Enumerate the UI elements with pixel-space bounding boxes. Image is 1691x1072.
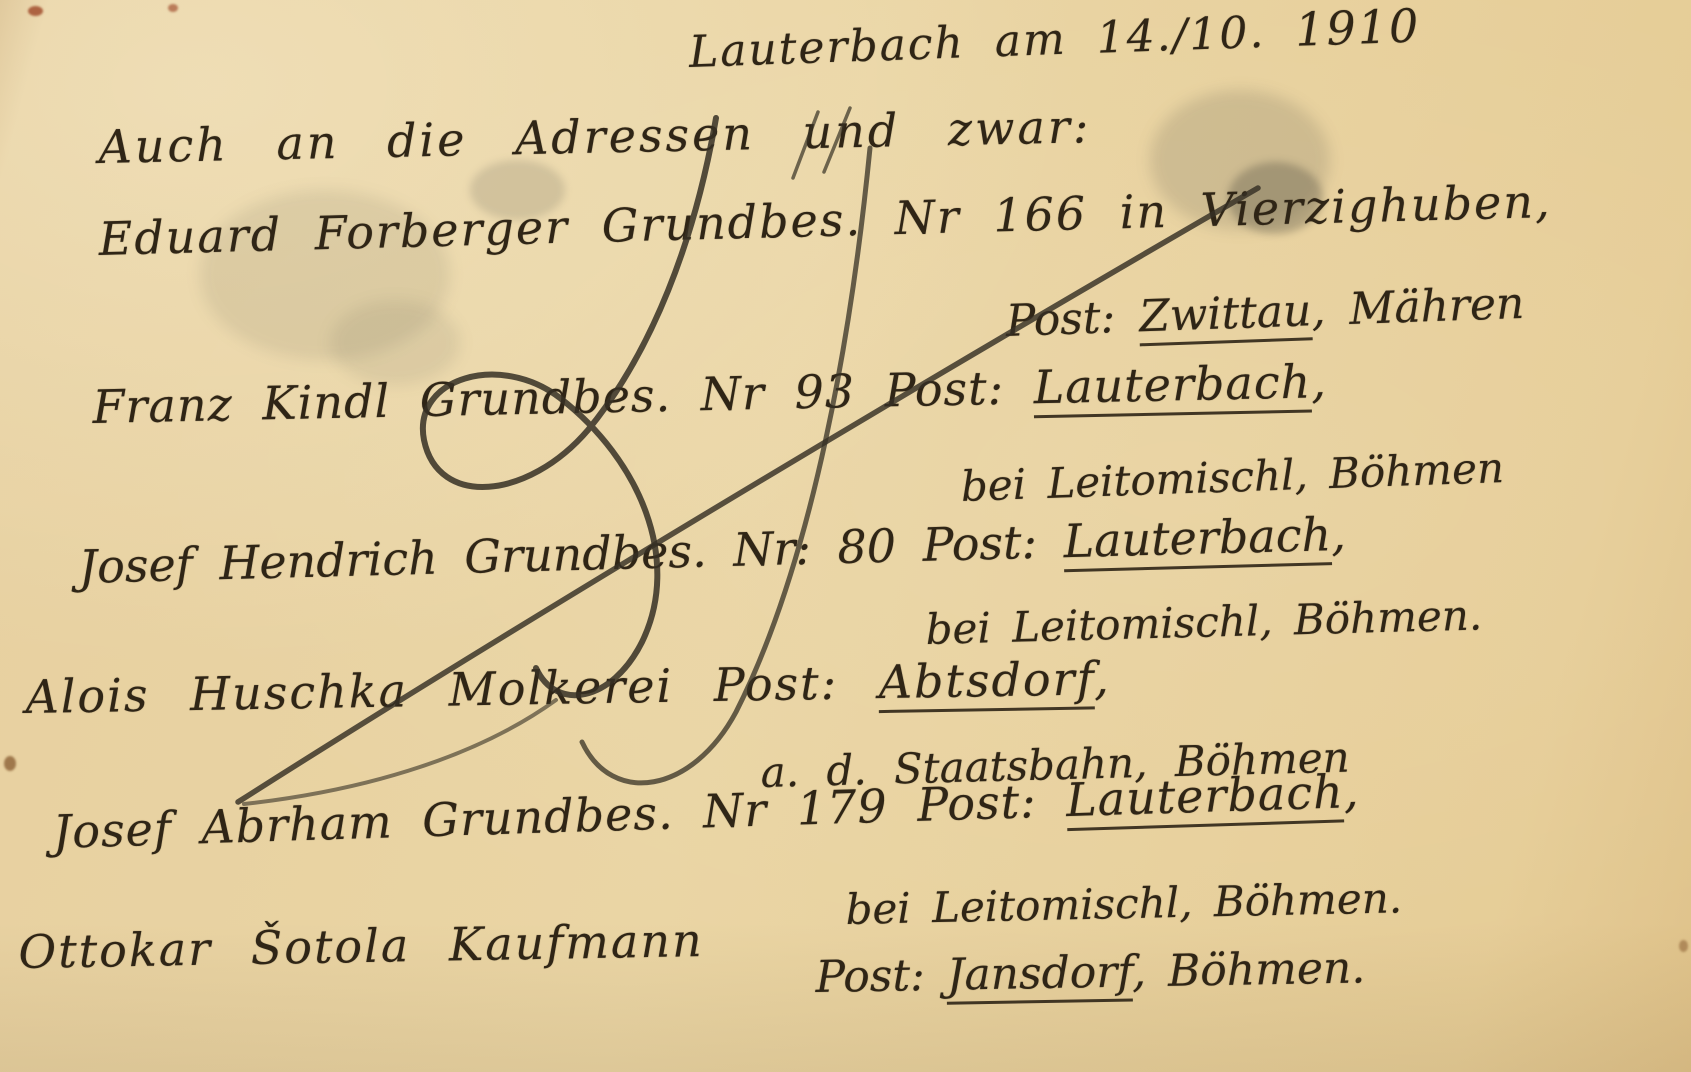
line-bei-leitomischl-1: bei Leitomischl, Böhmen [960, 443, 1505, 511]
dateline: Lauterbach am 14./10.1910 [688, 0, 1421, 78]
line-post-zwittau: Post: Zwittau, Mähren [1005, 278, 1525, 347]
line-entry-huschka: Alois Huschka Molkerei Post: Abtsdorf, [25, 651, 1111, 724]
paper-speck [4, 756, 16, 771]
line-entry-forberger: Eduard Forberger Grundbes. Nr 166 in Vie… [98, 174, 1552, 266]
line-bei-leitomischl-2: bei Leitomischl, Böhmen. [925, 590, 1483, 654]
line-entry-hendrich: Josef Hendrich Grundbes. Nr: 80 Post: La… [78, 507, 1346, 594]
line-bei-leitomischl-3: bei Leitomischl, Böhmen. [845, 873, 1403, 934]
dateline-year: 1910 [1294, 0, 1421, 57]
paper-speck [1679, 940, 1688, 952]
paper-speck [28, 6, 43, 16]
line-entry-sotola: Ottokar Šotola Kaufmann [18, 913, 704, 979]
line-entry-kindl: Franz Kindl Grundbes. Nr 93 Post: Lauter… [92, 354, 1327, 434]
postcard-page: Lauterbach am 14./10.1910 Auch an die Ad… [0, 0, 1691, 1072]
paper-speck [168, 4, 178, 12]
dateline-text: Lauterbach am 14./10. [688, 7, 1266, 78]
line-post-jansdorf: Post: Jansdorf, Böhmen. [815, 942, 1366, 1003]
line-entry-abrham: Josef Abrham Grundbes. Nr 179 Post: Laut… [52, 764, 1360, 859]
line-intro: Auch an die Adressen und zwar: [98, 99, 1092, 174]
